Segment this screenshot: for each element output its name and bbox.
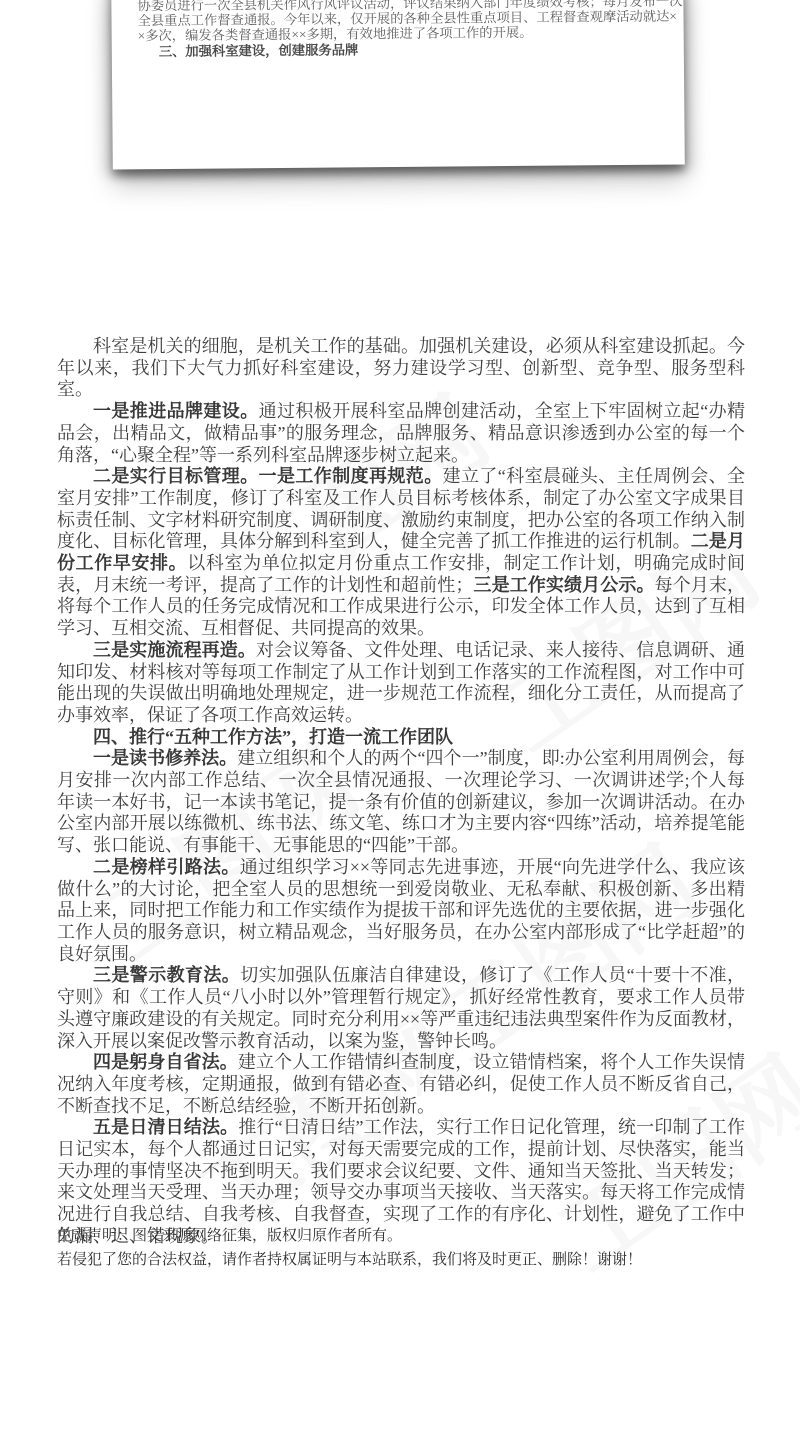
disclaimer: 免责声明：图文来源网络征集，版权归原作者所有。 若侵犯了您的合法权益，请作者持权… (57, 1224, 757, 1272)
document-body: 科室是机关的细胞，是机关工作的基础。加强机关建设，必须从科室建设抓起。今年以来，… (57, 336, 745, 1248)
paragraph: 二是榜样引路法。通过组织学习××等同志先进事迹，开展“向先进学什么、我应该做什么… (57, 857, 745, 966)
thumbnail-text: 协委员进行一次全县机关作风行风评议活动，评议结果纳入部门年度绩效考核；每月发布一… (137, 0, 648, 59)
document-thumbnail[interactable]: 协委员进行一次全县机关作风行风评议活动，评议结果纳入部门年度绩效考核；每月发布一… (111, 0, 685, 169)
paragraph: 四是躬身自省法。建立个人工作错情纠查制度，设立错情档案，将个人工作失误情况纳入年… (57, 1052, 745, 1117)
disclaimer-line: 若侵犯了您的合法权益，请作者持权属证明与本站联系，我们将及时更正、删除！谢谢！ (57, 1248, 757, 1272)
section-heading: 四、推行“五种工作方法”，打造一流工作团队 (57, 727, 745, 749)
paragraph: 二是实行目标管理。一是工作制度再规范。建立了“科室晨碰头、主任周例会、全室月安排… (57, 466, 745, 640)
paragraph: 一是读书修养法。建立组织和个人的两个“四个一”制度，即:办公室利用周例会，每月安… (57, 748, 745, 857)
page: { "page": { "background": "#ffffff", "te… (0, 0, 800, 1430)
disclaimer-line: 免责声明：图文来源网络征集，版权归原作者所有。 (57, 1224, 757, 1248)
paragraph: 三是警示教育法。切实加强队伍廉洁自律建设，修订了《工作人员“十要十不准，守则》和… (57, 965, 745, 1052)
paragraph: 三是实施流程再造。对会议筹备、文件处理、电话记录、来人接待、信息调研、通知印发、… (57, 640, 745, 727)
paragraph: 科室是机关的细胞，是机关工作的基础。加强机关建设，必须从科室建设抓起。今年以来，… (57, 336, 745, 401)
paragraph: 一是推进品牌建设。通过积极开展科室品牌创建活动，全室上下牢固树立起“办精品会，出… (57, 401, 745, 466)
